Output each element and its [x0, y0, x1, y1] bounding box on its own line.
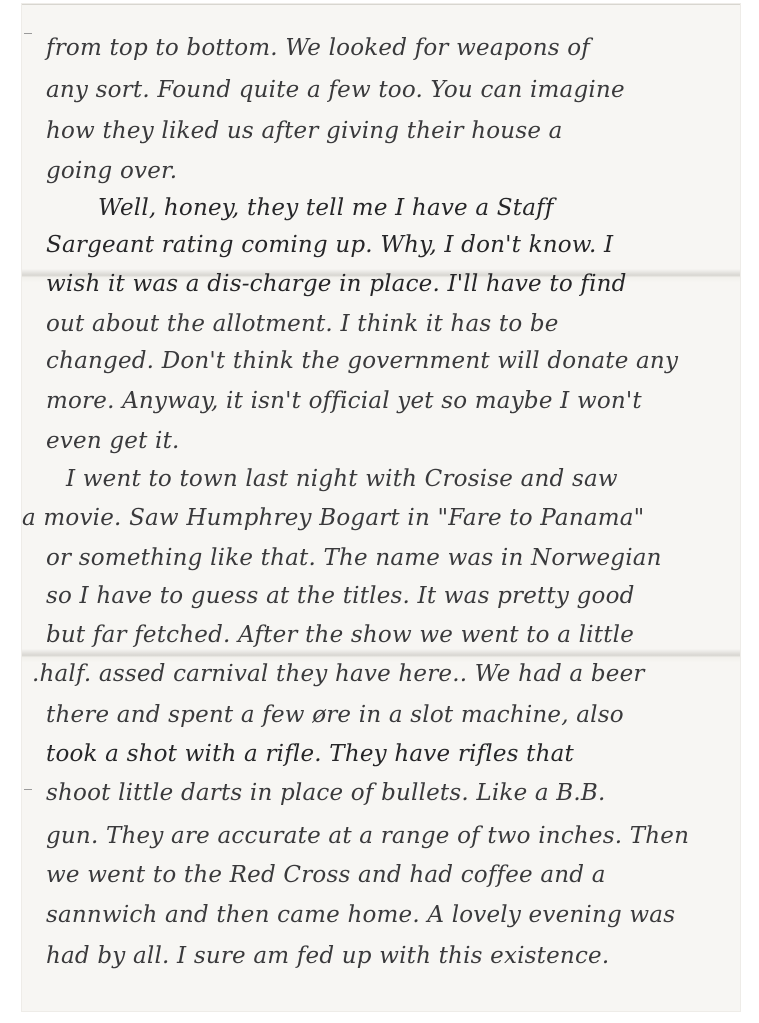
letter-page: from top to bottom. We looked for weapon… — [22, 4, 740, 1011]
letter-line: I went to town last night with Crosise a… — [66, 466, 618, 492]
letter-line: from top to bottom. We looked for weapon… — [46, 35, 590, 61]
letter-line: sannwich and then came home. A lovely ev… — [46, 902, 675, 928]
letter-line: even get it. — [46, 428, 180, 454]
letter-line: but far fetched. After the show we went … — [46, 622, 634, 648]
letter-line: gun. They are accurate at a range of two… — [46, 823, 689, 849]
letter-line: took a shot with a rifle. They have rifl… — [46, 741, 574, 767]
letter-line: wish it was a dis-charge in place. I'll … — [46, 271, 627, 297]
letter-line: how they liked us after giving their hou… — [46, 118, 563, 144]
letter-line: any sort. Found quite a few too. You can… — [46, 77, 625, 103]
letter-line: we went to the Red Cross and had coffee … — [46, 862, 606, 888]
letter-line: changed. Don't think the government will… — [46, 348, 678, 374]
letter-line: .half. assed carnival they have here.. W… — [32, 661, 645, 687]
letter-line: shoot little darts in place of bullets. … — [46, 780, 606, 806]
letter-line: more. Anyway, it isn't official yet so m… — [46, 388, 642, 414]
letter-line: so I have to guess at the titles. It was… — [46, 583, 635, 609]
letter-line: there and spent a few øre in a slot mach… — [46, 702, 624, 728]
letter-line: Sargeant rating coming up. Why, I don't … — [46, 232, 613, 258]
letter-line: a movie. Saw Humphrey Bogart in "Fare to… — [22, 505, 644, 531]
letter-body: from top to bottom. We looked for weapon… — [22, 5, 740, 1011]
letter-line: going over. — [46, 158, 177, 184]
letter-line: or something like that. The name was in … — [46, 545, 662, 571]
letter-line: Well, honey, they tell me I have a Staff — [98, 195, 554, 221]
letter-line: out about the allotment. I think it has … — [46, 311, 559, 337]
letter-line: had by all. I sure am fed up with this e… — [46, 943, 609, 969]
